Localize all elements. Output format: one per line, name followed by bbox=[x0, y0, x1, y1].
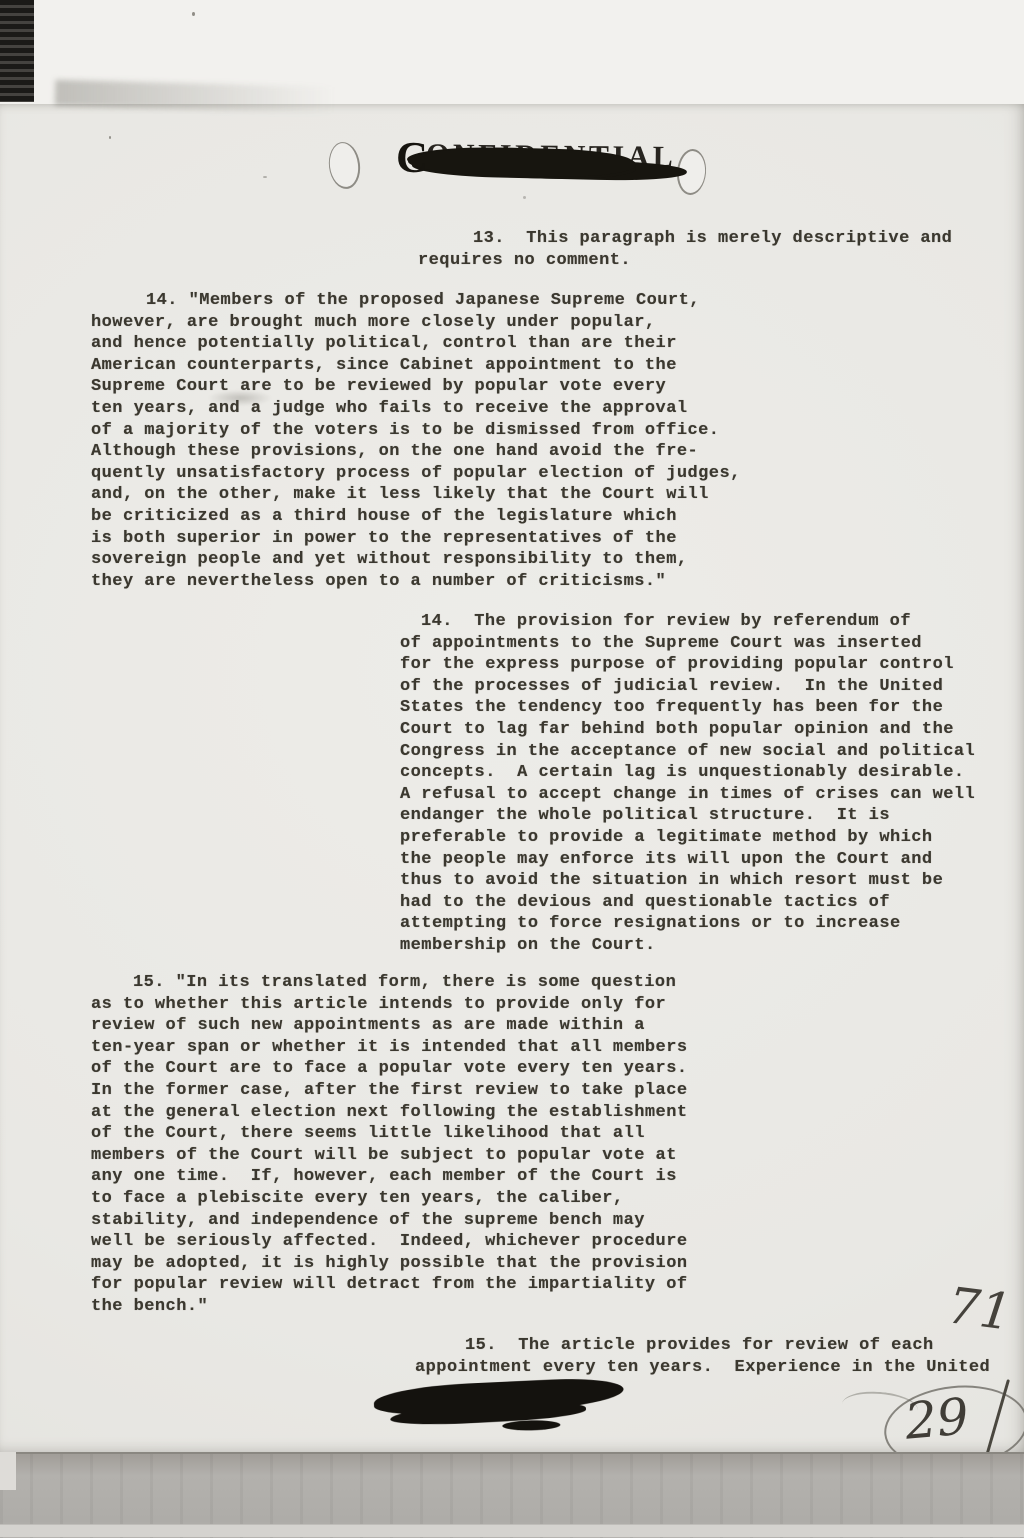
text-line: and hence potentially political, control… bbox=[91, 333, 741, 355]
paragraph-14-comment: 14. The provision for review by referend… bbox=[400, 611, 975, 957]
text-line: members of the Court will be subject to … bbox=[91, 1145, 688, 1167]
text-line: had to the devious and questionable tact… bbox=[400, 892, 975, 914]
text-line: Although these provisions, on the one ha… bbox=[91, 441, 741, 463]
text-line: of the Court, there seems little likelih… bbox=[91, 1123, 688, 1145]
text-line: quently unsatisfactory process of popula… bbox=[91, 463, 741, 485]
text-line: however, are brought much more closely u… bbox=[91, 312, 741, 334]
redaction-scribble-bar bbox=[502, 1420, 560, 1431]
text-line: to face a plebiscite every ten years, th… bbox=[91, 1188, 688, 1210]
text-line: Supreme Court are to be reviewed by popu… bbox=[91, 376, 741, 398]
text-line: In the former case, after the first revi… bbox=[91, 1080, 688, 1102]
text-line: of the Court are to face a popular vote … bbox=[91, 1058, 688, 1080]
text-line: A refusal to accept change in times of c… bbox=[400, 784, 975, 806]
text-line: and, on the other, make it less likely t… bbox=[91, 484, 741, 506]
paragraph-15-comment: 15. The article provides for review of e… bbox=[415, 1335, 990, 1378]
dust-speck bbox=[523, 196, 526, 199]
text-line: for the express purpose of providing pop… bbox=[400, 654, 975, 676]
text-line: States the tendency too frequently has b… bbox=[400, 697, 975, 719]
text-line: the people may enforce its will upon the… bbox=[400, 849, 975, 871]
text-line: for popular review will detract from the… bbox=[91, 1274, 688, 1296]
text-line: endanger the whole political structure. … bbox=[400, 805, 975, 827]
dust-speck bbox=[263, 176, 267, 178]
text-line: membership on the Court. bbox=[400, 935, 975, 957]
text-line: stability, and independence of the supre… bbox=[91, 1210, 688, 1232]
text-line: any one time. If, however, each member o… bbox=[91, 1166, 688, 1188]
text-line: well be seriously affected. Indeed, whic… bbox=[91, 1231, 688, 1253]
paper-edge-notch bbox=[0, 1452, 16, 1490]
text-line: at the general election next following t… bbox=[91, 1102, 688, 1124]
text-line: thus to avoid the situation in which res… bbox=[400, 870, 975, 892]
text-line: is both superior in power to the represe… bbox=[91, 528, 741, 550]
text-line: sovereign people and yet without respons… bbox=[91, 549, 741, 571]
text-line: be criticized as a third house of the le… bbox=[91, 506, 741, 528]
handwritten-circled-number: 29 bbox=[903, 1391, 971, 1446]
text-line: of appointments to the Supreme Court was… bbox=[400, 633, 975, 655]
text-line: preferable to provide a legitimate metho… bbox=[400, 827, 975, 849]
text-line: 15. ″In its translated form, there is so… bbox=[133, 972, 688, 994]
film-edge-artifact bbox=[0, 0, 34, 102]
text-line: may be adopted, it is highly possible th… bbox=[91, 1253, 688, 1275]
stamp-visible-letter: C bbox=[396, 136, 426, 180]
text-line: attempting to force resignations or to i… bbox=[400, 913, 975, 935]
paragraph-13-comment: 13. This paragraph is merely descriptive… bbox=[418, 228, 952, 271]
text-line: ten-year span or whether it is intended … bbox=[91, 1037, 688, 1059]
text-line: 15. The article provides for review of e… bbox=[465, 1335, 990, 1357]
text-line: 14. ″Members of the proposed Japanese Su… bbox=[146, 290, 741, 312]
scanned-document-sheet: ONFIDENTIAL C 13. This paragraph is mere… bbox=[0, 0, 1024, 1536]
text-line: 13. This paragraph is merely descriptive… bbox=[473, 228, 952, 250]
scan-bottom-strip bbox=[0, 1524, 1024, 1536]
text-line: requires no comment. bbox=[418, 250, 952, 272]
text-line: concepts. A certain lag is unquestionabl… bbox=[400, 762, 975, 784]
text-line: American counterparts, since Cabinet app… bbox=[91, 355, 741, 377]
paragraph-14-quotation: 14. ″Members of the proposed Japanese Su… bbox=[91, 290, 741, 592]
dust-speck bbox=[192, 12, 195, 16]
text-line: the bench.″ bbox=[91, 1296, 688, 1318]
text-line: as to whether this article intends to pr… bbox=[91, 994, 688, 1016]
text-line: 14. The provision for review by referend… bbox=[421, 611, 975, 633]
text-line: appointment every ten years. Experience … bbox=[415, 1357, 990, 1379]
confidential-stamp-redacted-top: ONFIDENTIAL C bbox=[396, 138, 642, 187]
text-line: ten years, and a judge who fails to rece… bbox=[91, 398, 741, 420]
text-line: Congress in the acceptance of new social… bbox=[400, 741, 975, 763]
handwritten-page-number: 71 bbox=[945, 1280, 1014, 1337]
text-line: Court to lag far behind both popular opi… bbox=[400, 719, 975, 741]
text-line: they are nevertheless open to a number o… bbox=[91, 571, 741, 593]
confidential-stamp-redacted-bottom bbox=[373, 1377, 630, 1440]
text-line: of a majority of the voters is to be dis… bbox=[91, 420, 741, 442]
paragraph-15-quotation: 15. ″In its translated form, there is so… bbox=[91, 972, 688, 1318]
text-line: of the processes of judicial review. In … bbox=[400, 676, 975, 698]
dust-speck bbox=[109, 136, 111, 139]
text-line: review of such new appointments as are m… bbox=[91, 1015, 688, 1037]
